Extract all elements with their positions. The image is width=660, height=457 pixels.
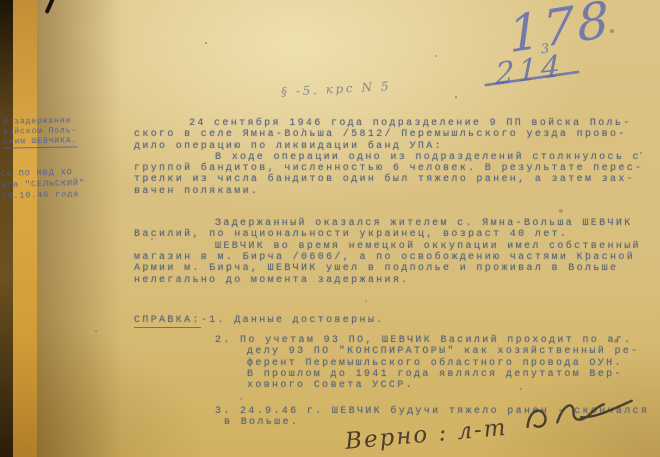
stamp-line: ским ШЕВЧИКА. [3,136,77,148]
spravka-label: СПРАВКА: [134,315,201,328]
margin-stamp-case: Св ПО МВД ХО з/а "СЕЛЬСКИЙ" 14.10.46 год… [1,167,86,202]
typed-line: магазин в м. Бирча /0606/, а по освобожд… [134,252,654,263]
spravka-item-2: 2. По учетам 93 ПО, ШЕВЧИК Василий прохо… [134,335,654,391]
stamp-line: 14.10.46 года [1,189,85,202]
typed-line: ферент Перемышльского областного провода… [247,358,654,369]
superscript-digit: 3 [540,42,550,58]
margin-stamp-detention: О задержании войском Поль- ским ШЕВЧИКА. [3,116,78,148]
typed-line: вачен поляками. [134,186,654,197]
typed-line: ховного Совета УССР. [247,380,654,391]
paragraph-operation: 24 сентября 1946 года подразделение 9 ПП… [134,118,654,197]
typed-line: делу 93 ПО "КОНСПИРАТОРЫ" как хозяйствен… [247,346,654,357]
typed-line: трелки из числа бандитов один был тяжело… [134,174,654,185]
typed-line: Армии м. Бирча, ШЕВЧИК ушел в подполье и… [134,263,654,274]
archival-document-photo: 178 214 3 § -5. крс N 5 О задержании вой… [0,0,660,457]
spravka-item-1: -1. Данные достоверны. [201,315,385,326]
typed-line: Василий, по национальности украинец, воз… [134,229,654,240]
typed-line: группой бандитов, численностью 6 человек… [134,163,654,174]
spravka-heading: СПРАВКА:-1. Данные достоверны. [134,315,654,326]
typed-line: СПРАВКА:-1. Данные достоверны. [134,315,654,326]
typed-line: нелегально до момента задержания. [134,275,654,286]
typed-line: ШЕВЧИК во время немецкой оккупации имел … [215,241,654,252]
typed-line: дило операцию по ликвидации банд УПА: [134,141,654,152]
typed-line: 24 сентября 1946 года подразделение 9 ПП… [189,118,654,129]
typed-line: Задержанный оказался жителем с. Ямна-Вол… [215,218,654,229]
typed-line: 2. По учетам 93 ПО, ШЕВЧИК Василий прохо… [215,335,654,346]
typed-line: ского в селе Ямна-Вольша /5812/ Перемышл… [134,129,654,140]
typewritten-body: 24 сентября 1946 года подразделение 9 ПП… [134,118,654,428]
typed-line: В прошлом до 1941 года являлся депутатом… [247,369,654,380]
typed-line: В ходе операции одно из подразделений ст… [215,152,654,163]
paragraph-detainee: Задержанный оказался жителем с. Ямна-Вол… [134,218,654,286]
